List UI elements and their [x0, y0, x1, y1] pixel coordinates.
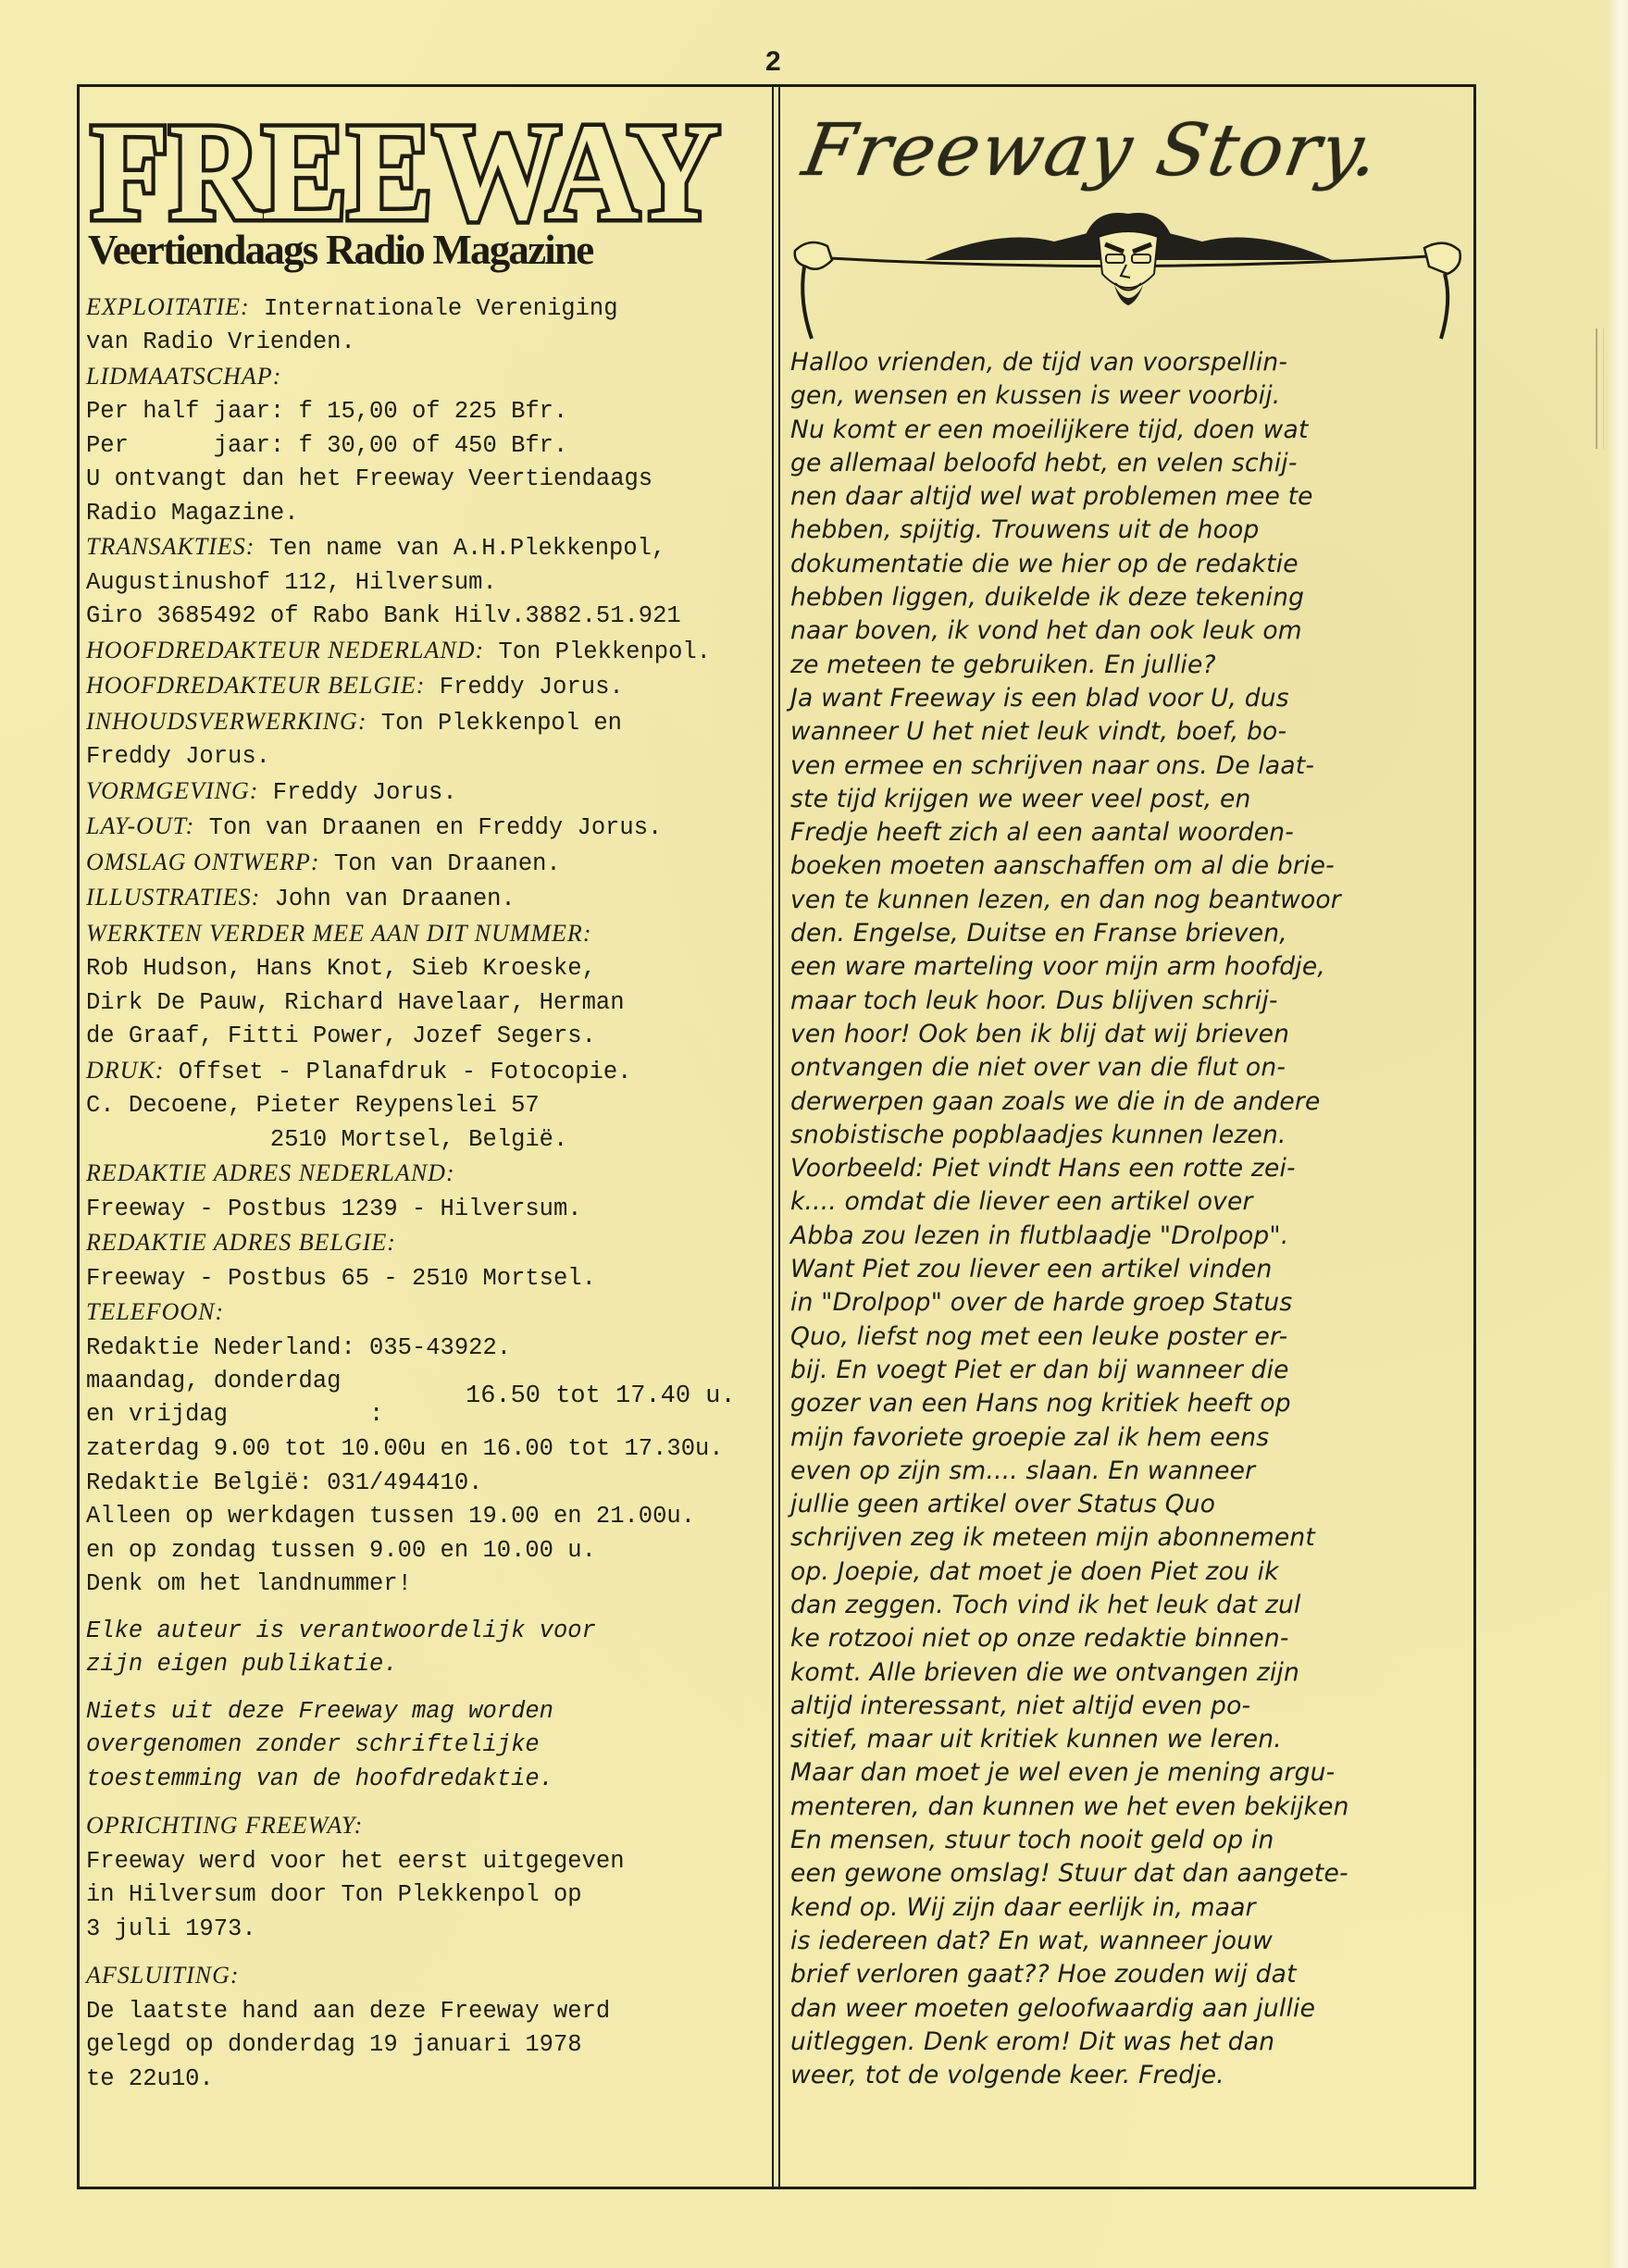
- colophon-line: OMSLAG ONTWERP: Ton van Draanen.: [86, 846, 766, 882]
- colophon-value: Freeway - Postbus 65 - 2510 Mortsel.: [86, 1265, 596, 1292]
- story-line: ven ermee en schrijven naar ons. De laat…: [790, 750, 1471, 783]
- colophon-label: TELEFOON:: [86, 1298, 224, 1325]
- notice-block: Niets uit deze Freeway mag worden overge…: [86, 1695, 766, 1797]
- colophon-label: OMSLAG ONTWERP:: [86, 849, 320, 875]
- section-label: OPRICHTING FREEWAY:: [86, 1812, 363, 1839]
- story-line: dan zeggen. Toch vind ik het leuk dat zu…: [790, 1589, 1471, 1622]
- story-line: bij. En voegt Piet er dan bij wanneer di…: [790, 1354, 1471, 1387]
- closing-section: AFSLUITING:: [86, 1959, 766, 1995]
- colophon-line: EXPLOITATIE: Internationale Vereniging: [86, 291, 766, 327]
- story-line: dan weer moeten geloofwaardig aan jullie: [790, 1992, 1471, 2026]
- staple: [1596, 328, 1604, 449]
- story-line: kend op. Wij zijn daar eerlijk in, maar: [790, 1891, 1471, 1925]
- story-line: menteren, dan kunnen we het even bekijke…: [790, 1791, 1471, 1824]
- founding-section: OPRICHTING FREEWAY:: [86, 1809, 766, 1845]
- colophon-line: 2510 Mortsel, België.: [86, 1123, 766, 1158]
- colophon-line: REDAKTIE ADRES NEDERLAND:: [86, 1157, 766, 1193]
- story-line: uitleggen. Denk erom! Dit was het dan: [790, 2026, 1471, 2059]
- colophon-line: in Hilversum door Ton Plekkenpol op: [86, 1878, 766, 1913]
- story-line: derwerpen gaan zoals we die in de andere: [790, 1085, 1471, 1119]
- colophon-label: VORMGEVING:: [86, 777, 258, 804]
- colophon-line: Redaktie Nederland: 035-43922.: [86, 1332, 766, 1366]
- story-line: ven te kunnen lezen, en dan nog beantwoo…: [790, 884, 1471, 917]
- colophon-line: van Radio Vrienden.: [86, 326, 766, 360]
- colophon-value: Freddy Jorus.: [86, 743, 270, 770]
- section-label: AFSLUITING:: [86, 1962, 240, 1989]
- freeway-logo: FREEWAY FREEWAY: [86, 109, 725, 229]
- story-line: ze meteen te gebruiken. En jullie?: [790, 649, 1471, 682]
- story-line: is iedereen dat? En wat, wanneer jouw: [790, 1925, 1471, 1958]
- phone-hours: maandag, donderdagen vrijdag :16.50 tot …: [86, 1365, 766, 1432]
- colophon-line: Freeway werd voor het eerst uitgegeven: [86, 1845, 766, 1879]
- story-line: maar toch leuk hoor. Dus blijven schrij-: [790, 985, 1471, 1018]
- colophon-value: 2510 Mortsel, België.: [86, 1126, 567, 1153]
- story-line: En mensen, stuur toch nooit geld op in: [790, 1824, 1471, 1857]
- story-line: gozer van een Hans nog kritiek heeft op: [790, 1387, 1471, 1420]
- colophon-value: Radio Magazine.: [86, 500, 299, 527]
- colophon-label: DRUK:: [86, 1057, 164, 1084]
- story-line: naar boven, ik vond het dan ook leuk om: [790, 614, 1471, 648]
- colophon-value: Ten name van A.H.Plekkenpol,: [255, 535, 665, 562]
- story-line: hebben liggen, duikelde ik deze tekening: [790, 581, 1471, 614]
- story-line: Maar dan moet je wel even je mening argu…: [790, 1756, 1471, 1790]
- story-line: ke rotzooi niet op onze redaktie binnen-: [790, 1622, 1471, 1655]
- colophon-value: Augustinushof 112, Hilversum.: [86, 569, 497, 596]
- colophon-label: LIDMAATSCHAP:: [86, 363, 281, 390]
- colophon-label: ILLUSTRATIES:: [86, 884, 260, 911]
- colophon-label: LAY-OUT:: [86, 812, 194, 839]
- colophon-label: REDAKTIE ADRES NEDERLAND:: [86, 1159, 455, 1186]
- story-line: schrijven zeg ik meteen mijn abonnement: [790, 1521, 1471, 1555]
- colophon-line: INHOUDSVERWERKING: Ton Plekkenpol en: [86, 705, 766, 741]
- colophon-line: te 22u10.: [86, 2063, 766, 2097]
- story-line: dokumentatie die we hier op de redaktie: [790, 548, 1471, 581]
- colophon-value: Freddy Jorus.: [425, 674, 623, 700]
- colophon-line: WERKTEN VERDER MEE AAN DIT NUMMER:: [86, 917, 766, 953]
- story-line: den. Engelse, Duitse en Franse brieven,: [790, 917, 1471, 950]
- colophon-line: 3 juli 1973.: [86, 1913, 766, 1947]
- page-number: 2: [765, 46, 781, 78]
- colophon-label: INHOUDSVERWERKING:: [86, 708, 367, 735]
- colophon-line: Rob Hudson, Hans Knot, Sieb Kroeske,: [86, 952, 766, 986]
- story-line: Fredje heeft zich al een aantal woorden-: [790, 816, 1471, 849]
- colophon-line: Giro 3685492 of Rabo Bank Hilv.3882.51.9…: [86, 600, 766, 634]
- story-line: Quo, liefst nog met een leuke poster er-: [790, 1320, 1471, 1354]
- colophon-line: REDAKTIE ADRES BELGIE:: [86, 1226, 766, 1262]
- colophon-value: van Radio Vrienden.: [86, 328, 355, 355]
- colophon-line: De laatste hand aan deze Freeway werd: [86, 1995, 766, 2029]
- colophon-value: Freeway - Postbus 1239 - Hilversum.: [86, 1196, 582, 1222]
- story-line: gen, wensen en kussen is weer voorbij.: [790, 379, 1471, 413]
- story-line: een gewone omslag! Stuur dat dan aangete…: [790, 1857, 1471, 1890]
- colophon-value: Ton van Draanen.: [320, 850, 561, 877]
- colophon-label: TRANSAKTIES:: [86, 533, 255, 560]
- colophon-value: Rob Hudson, Hans Knot, Sieb Kroeske,: [86, 955, 596, 982]
- story-line: Voorbeeld: Piet vindt Hans een rotte zei…: [790, 1152, 1471, 1185]
- story-line: altijd interessant, niet altijd even po-: [790, 1690, 1471, 1723]
- colophon-label: HOOFDREDAKTEUR NEDERLAND:: [86, 637, 484, 663]
- story-line: k.... omdat die liever een artikel over: [790, 1185, 1471, 1219]
- story-line: boeken moeten aanschaffen om al die brie…: [790, 849, 1471, 883]
- story-line: hebben, spijtig. Trouwens uit de hoop: [790, 514, 1471, 547]
- story-line: ste tijd krijgen we weer veel post, en: [790, 783, 1471, 816]
- story-line: nen daar altijd wel wat problemen mee te: [790, 480, 1471, 514]
- story-line: ven hoor! Ook ben ik blij dat wij brieve…: [790, 1018, 1471, 1051]
- colophon-value: Freddy Jorus.: [258, 779, 456, 806]
- colophon-value: Ton van Draanen en Freddy Jorus.: [194, 814, 662, 841]
- colophon-value: Per half jaar: f 15,00 of 225 Bfr.: [86, 398, 567, 425]
- colophon-value: Ton Plekkenpol en: [367, 710, 621, 737]
- spacer: [86, 1946, 766, 1959]
- colophon-line: Redaktie België: 031/494410.: [86, 1467, 766, 1501]
- story-line: even op zijn sm.... slaan. En wanneer: [790, 1455, 1471, 1488]
- story-line: Ja want Freeway is een blad voor U, dus: [790, 682, 1471, 715]
- story-line: weer, tot de volgende keer. Fredje.: [790, 2059, 1471, 2092]
- spacer: [86, 1796, 766, 1809]
- story-line: snobistische popblaadjes kunnen lezen.: [790, 1119, 1471, 1152]
- colophon-line: TRANSAKTIES: Ten name van A.H.Plekkenpol…: [86, 530, 766, 566]
- story-line: Want Piet zou liever een artikel vinden: [790, 1253, 1471, 1286]
- colophon-value: Ton Plekkenpol.: [484, 638, 711, 665]
- story-line: Nu komt er een moeilijkere tijd, doen wa…: [790, 414, 1471, 447]
- story-line: mijn favoriete groepie zal ik hem eens: [790, 1421, 1471, 1455]
- colophon-line: ILLUSTRATIES: John van Draanen.: [86, 881, 766, 917]
- colophon-line: Dirk De Pauw, Richard Havelaar, Herman: [86, 986, 766, 1021]
- colophon-line: U ontvangt dan het Freeway Veertiendaags: [86, 463, 766, 497]
- colophon-line: Freddy Jorus.: [86, 740, 766, 775]
- colophon-line: en op zondag tussen 9.00 en 10.00 u.: [86, 1534, 766, 1568]
- phone-days: maandag, donderdag: [86, 1365, 341, 1399]
- spacer: [86, 1602, 766, 1615]
- colophon-line: VORMGEVING: Freddy Jorus.: [86, 775, 766, 811]
- colophon-value: Per jaar: f 30,00 of 450 Bfr.: [86, 432, 567, 459]
- colophon-line: Radio Magazine.: [86, 497, 766, 531]
- colophon-value: Dirk De Pauw, Richard Havelaar, Herman: [86, 989, 625, 1016]
- colophon-line: HOOFDREDAKTEUR BELGIE: Freddy Jorus.: [86, 669, 766, 705]
- colophon-line: Augustinushof 112, Hilversum.: [86, 566, 766, 601]
- spacer: [86, 1682, 766, 1695]
- colophon-line: C. Decoene, Pieter Reypenslei 57: [86, 1089, 766, 1123]
- colophon-line: de Graaf, Fitti Power, Jozef Segers.: [86, 1020, 766, 1054]
- colophon: EXPLOITATIE: Internationale Verenigingva…: [86, 291, 766, 2097]
- colophon-line: LIDMAATSCHAP:: [86, 360, 766, 396]
- story-line: op. Joepie, dat moet je doen Piet zou ik: [790, 1555, 1471, 1589]
- man-peeking-over-banner-illustration: [786, 209, 1471, 348]
- story-line: sitief, maar uit kritiek kunnen we leren…: [790, 1723, 1471, 1756]
- colophon-value: de Graaf, Fitti Power, Jozef Segers.: [86, 1022, 596, 1049]
- column-divider: [772, 84, 780, 2189]
- story-line: ge allemaal beloofd hebt, en velen schij…: [790, 447, 1471, 480]
- colophon-line: HOOFDREDAKTEUR NEDERLAND: Ton Plekkenpol…: [86, 634, 766, 670]
- colophon-value: John van Draanen.: [260, 886, 515, 912]
- colophon-label: WERKTEN VERDER MEE AAN DIT NUMMER:: [86, 920, 591, 947]
- page-edge: [1608, 0, 1628, 2268]
- colophon-line: Denk om het landnummer!: [86, 1568, 766, 1602]
- colophon-value: Redaktie Nederland: 035-43922.: [86, 1334, 511, 1361]
- story-line: komt. Alle brieven die we ontvangen zijn: [790, 1656, 1471, 1690]
- colophon-line: LAY-OUT: Ton van Draanen en Freddy Jorus…: [86, 810, 766, 846]
- colophon-line: Per half jaar: f 15,00 of 225 Bfr.: [86, 395, 766, 429]
- colophon-line: zaterdag 9.00 tot 10.00u en 16.00 tot 17…: [86, 1432, 766, 1467]
- colophon-line: Freeway - Postbus 65 - 2510 Mortsel.: [86, 1262, 766, 1296]
- colophon-line: gelegd op donderdag 19 januari 1978: [86, 2028, 766, 2063]
- notice-block: Elke auteur is verantwoordelijk voor zij…: [86, 1615, 766, 1682]
- story-line: brief verloren gaat?? Hoe zouden wij dat: [790, 1958, 1471, 1991]
- phone-times: 16.50 tot 17.40 u.: [466, 1380, 736, 1414]
- story-body: Halloo vrienden, de tijd van voorspellin…: [790, 346, 1471, 2092]
- masthead-column: FREEWAY FREEWAY Veertiendaags Radio Maga…: [86, 93, 766, 2096]
- story-line: ontvangen die niet over van die flut on-: [790, 1051, 1471, 1084]
- colophon-label: REDAKTIE ADRES BELGIE:: [86, 1229, 396, 1256]
- story-line: jullie geen artikel over Status Quo: [790, 1488, 1471, 1521]
- colophon-value: U ontvangt dan het Freeway Veertiendaags: [86, 465, 652, 492]
- colophon-value: Internationale Vereniging: [250, 295, 618, 322]
- magazine-subtitle: Veertiendaags Radio Magazine: [88, 228, 766, 274]
- story-line: wanneer U het niet leuk vindt, boef, bo-: [790, 715, 1471, 749]
- colophon-line: DRUK: Offset - Planafdruk - Fotocopie.: [86, 1054, 766, 1090]
- story-column: Freeway Story. Halloo vrienden, de tijd …: [786, 93, 1471, 2092]
- story-line: Halloo vrienden, de tijd van voorspellin…: [790, 346, 1471, 379]
- svg-text:FREEWAY: FREEWAY: [91, 109, 720, 229]
- colophon-label: HOOFDREDAKTEUR BELGIE:: [86, 672, 425, 699]
- colophon-value: Offset - Planafdruk - Fotocopie.: [164, 1059, 631, 1085]
- colophon-label: EXPLOITATIE:: [86, 293, 250, 320]
- story-line: Abba zou lezen in flutblaadje "Drolpop".: [790, 1220, 1471, 1253]
- phone-days: en vrijdag :: [86, 1398, 383, 1432]
- colophon-line: Freeway - Postbus 1239 - Hilversum.: [86, 1193, 766, 1227]
- colophon-value: Giro 3685492 of Rabo Bank Hilv.3882.51.9…: [86, 602, 681, 629]
- colophon-line: Per jaar: f 30,00 of 450 Bfr.: [86, 429, 766, 464]
- colophon-line: TELEFOON:: [86, 1295, 766, 1332]
- colophon-line: Alleen op werkdagen tussen 19.00 en 21.0…: [86, 1500, 766, 1534]
- story-title: Freeway Story.: [797, 109, 1478, 192]
- story-line: een ware marteling voor mijn arm hoofdje…: [790, 950, 1471, 984]
- colophon-value: C. Decoene, Pieter Reypenslei 57: [86, 1092, 540, 1119]
- story-line: in "Drolpop" over de harde groep Status: [790, 1286, 1471, 1320]
